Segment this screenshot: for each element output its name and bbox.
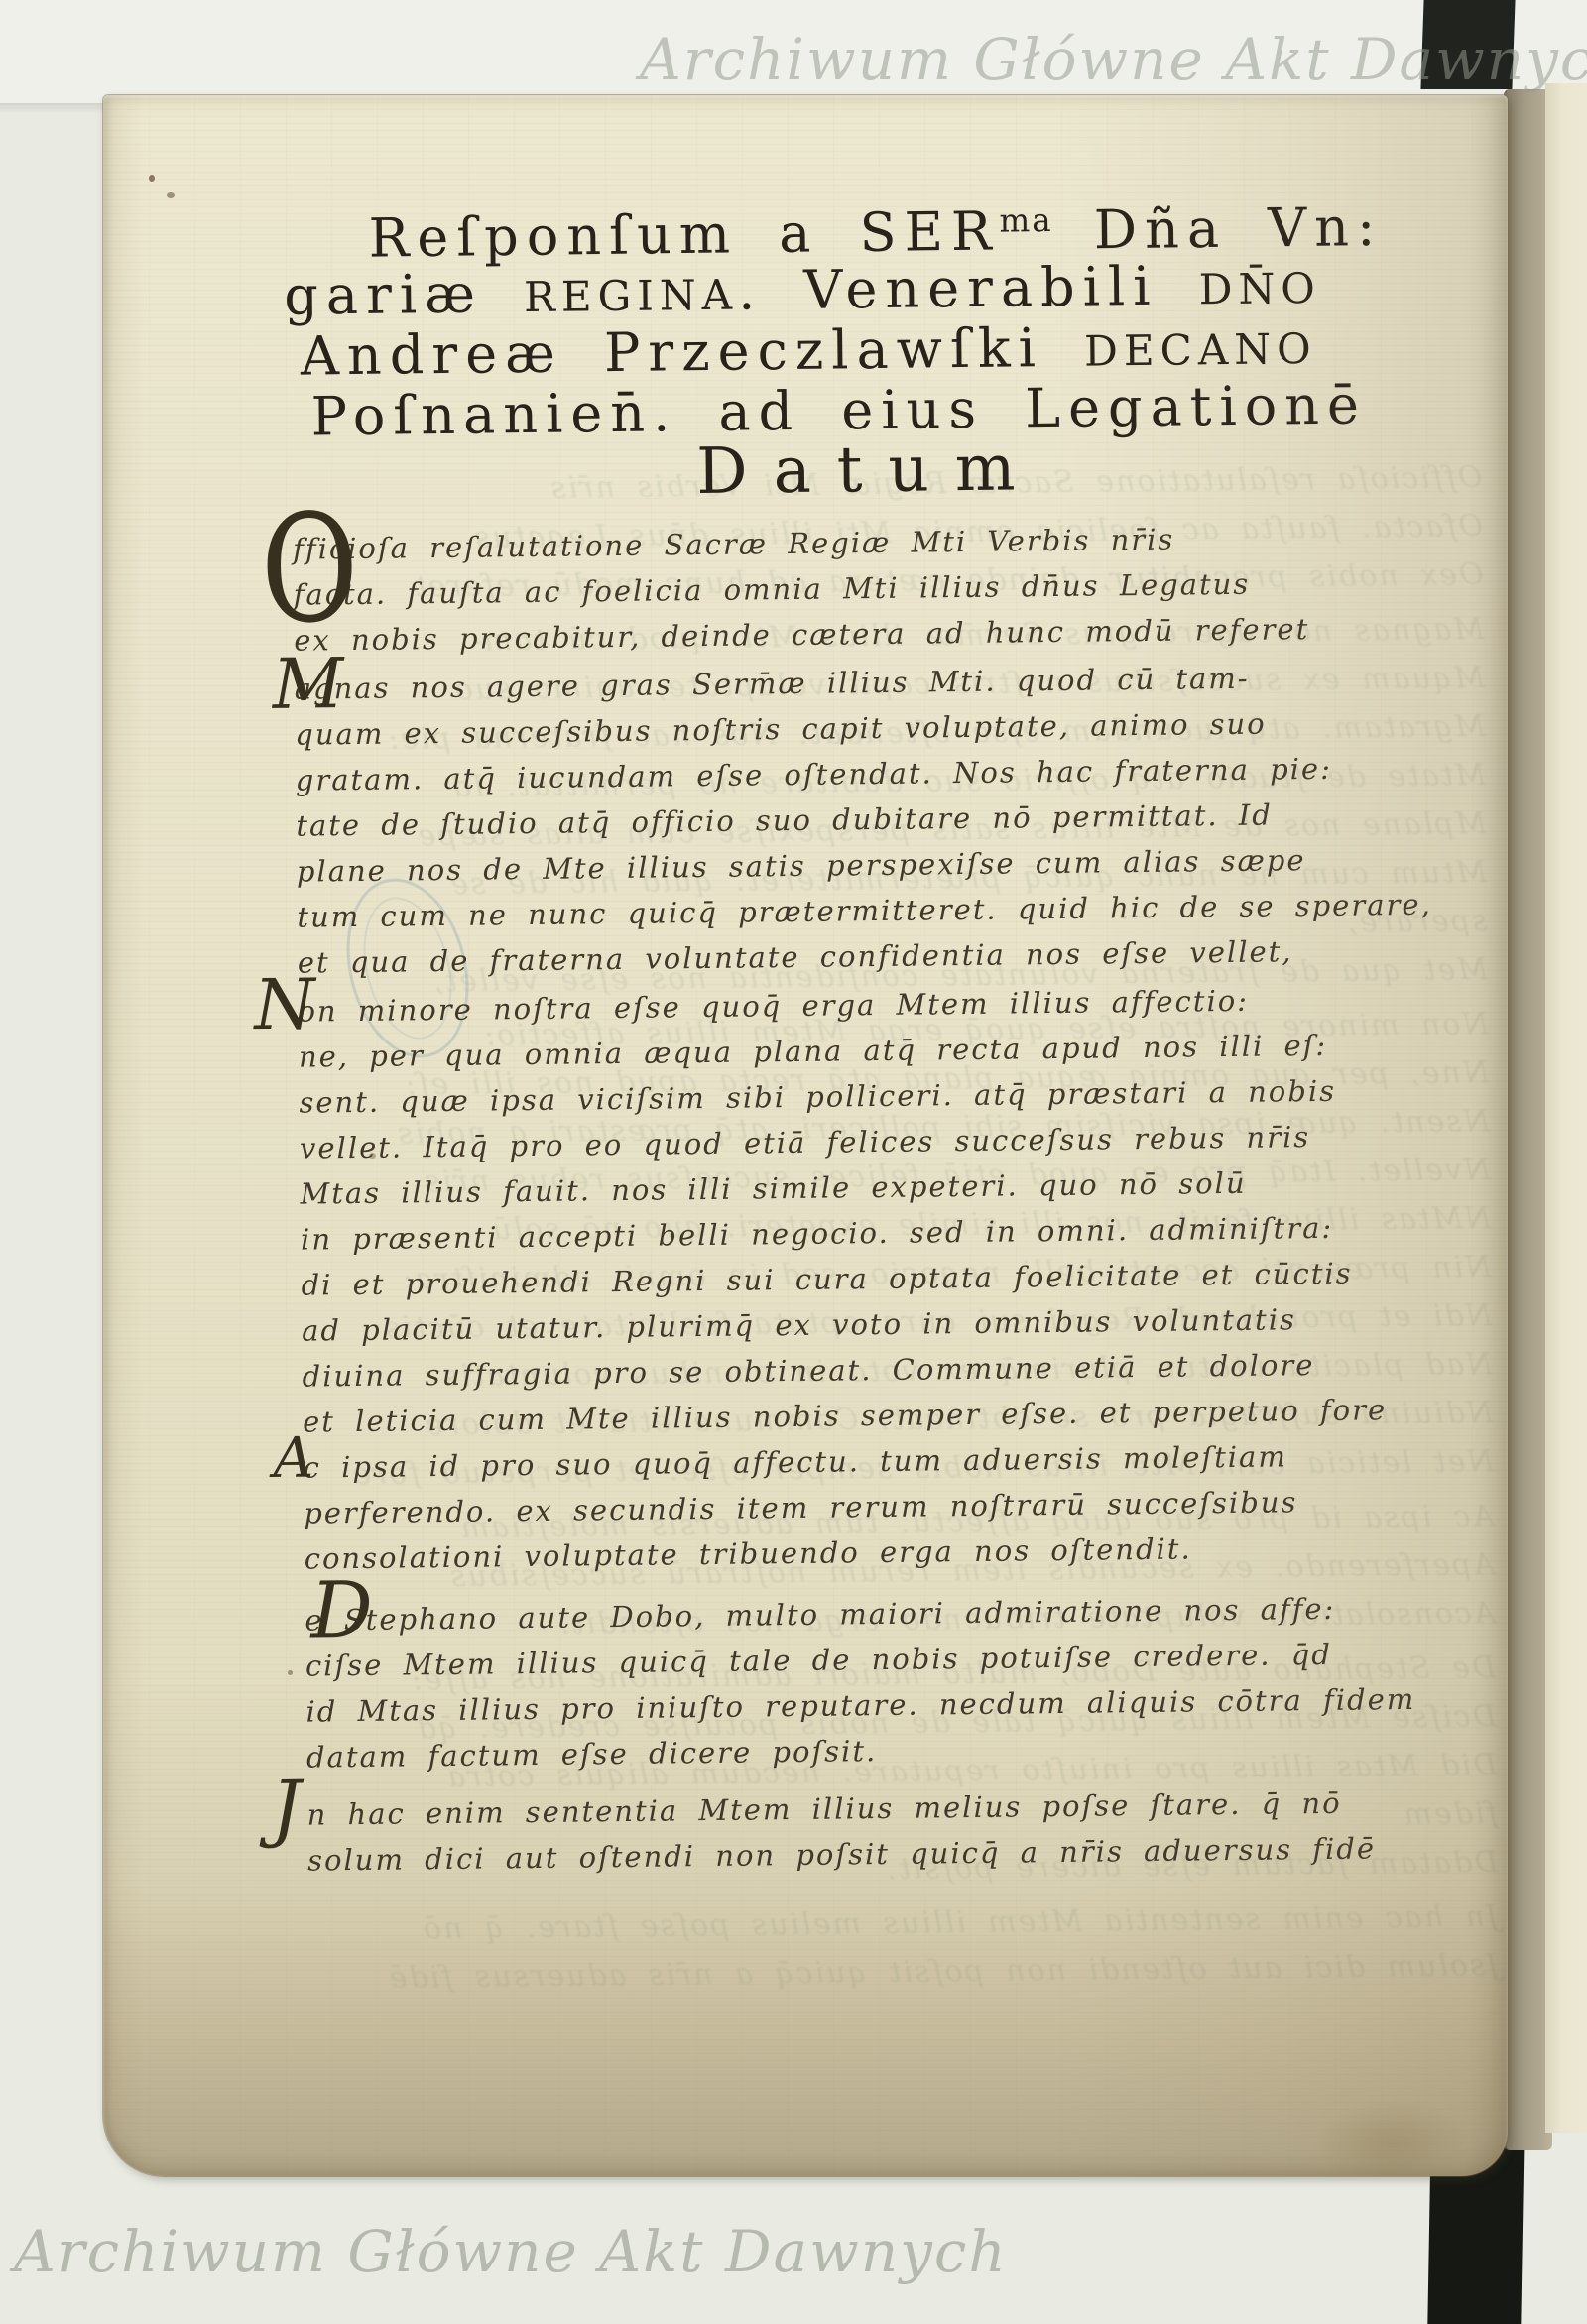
ink-layer: Officioſa reſalutatione Sacræ Regiæ Mti … — [103, 95, 1508, 2176]
next-page-edge — [1545, 83, 1587, 2133]
manuscript-scan: Archiwum Główne Akt Dawnych Officioſa re… — [0, 0, 1587, 2324]
manuscript-paragraph: Officioſa reſalutatione Sacræ Regiæ Mti … — [293, 513, 1484, 664]
heading-text: Decano — [1084, 324, 1317, 376]
heading-text: ma — [999, 201, 1052, 240]
document-heading: Reſponſum a SERma Dña Vn:gariæ Regina. V… — [267, 188, 1386, 506]
manuscript-paragraph: Magnas nos agere gras Serm̄æ illius Mti.… — [295, 653, 1489, 986]
heading-text: Datum — [696, 431, 1041, 509]
heading-text: Dña Vn: — [1052, 195, 1383, 262]
drop-cap-initial: N — [254, 1004, 316, 1005]
archive-watermark-bottom: Archiwum Główne Akt Dawnych — [14, 2218, 1008, 2285]
bleed-line: Jsolum dici aut oſtendi non poſsit quicq… — [348, 1941, 1499, 2003]
drop-cap-initial: D — [310, 1611, 375, 1612]
manuscript-paragraph: Ac ipsa id pro suo quoq̄ affectu. tum ad… — [303, 1431, 1494, 1582]
document-body: Officioſa reſalutatione Sacræ Regiæ Mti … — [293, 513, 1498, 1884]
heading-text: Dn̄o — [1198, 264, 1321, 313]
drop-cap-initial: O — [261, 569, 360, 570]
manuscript-paragraph: De Stephano aute Dobo, multo maiori admi… — [305, 1584, 1497, 1780]
archive-watermark-top: Archiwum Główne Akt Dawnych — [640, 26, 1587, 93]
manuscript-paragraph: Jn hac enim sententia Mtem illius melius… — [306, 1778, 1498, 1884]
heading-text: . Venerabili — [738, 254, 1199, 321]
bleed-line: Jn hac enim sententia Mtem illius melius… — [348, 1893, 1499, 1954]
heading-text: Regina — [524, 270, 739, 320]
bleed-paragraph: Jn hac enim sententia Mtem illius melius… — [348, 1893, 1500, 2003]
heading-text: gariæ — [284, 262, 524, 327]
heading-line: Reſponſum a SERma Dña Vn: — [267, 188, 1383, 268]
drop-cap-initial: M — [273, 683, 346, 684]
manuscript-page: Officioſa reſalutatione Sacræ Regiæ Mti … — [103, 95, 1508, 2176]
heading-text: Andreæ Przeczlawſki — [301, 315, 1085, 387]
manuscript-paragraph: Non minore noſtra eſse quoq̄ erga Mtem i… — [298, 975, 1493, 1445]
